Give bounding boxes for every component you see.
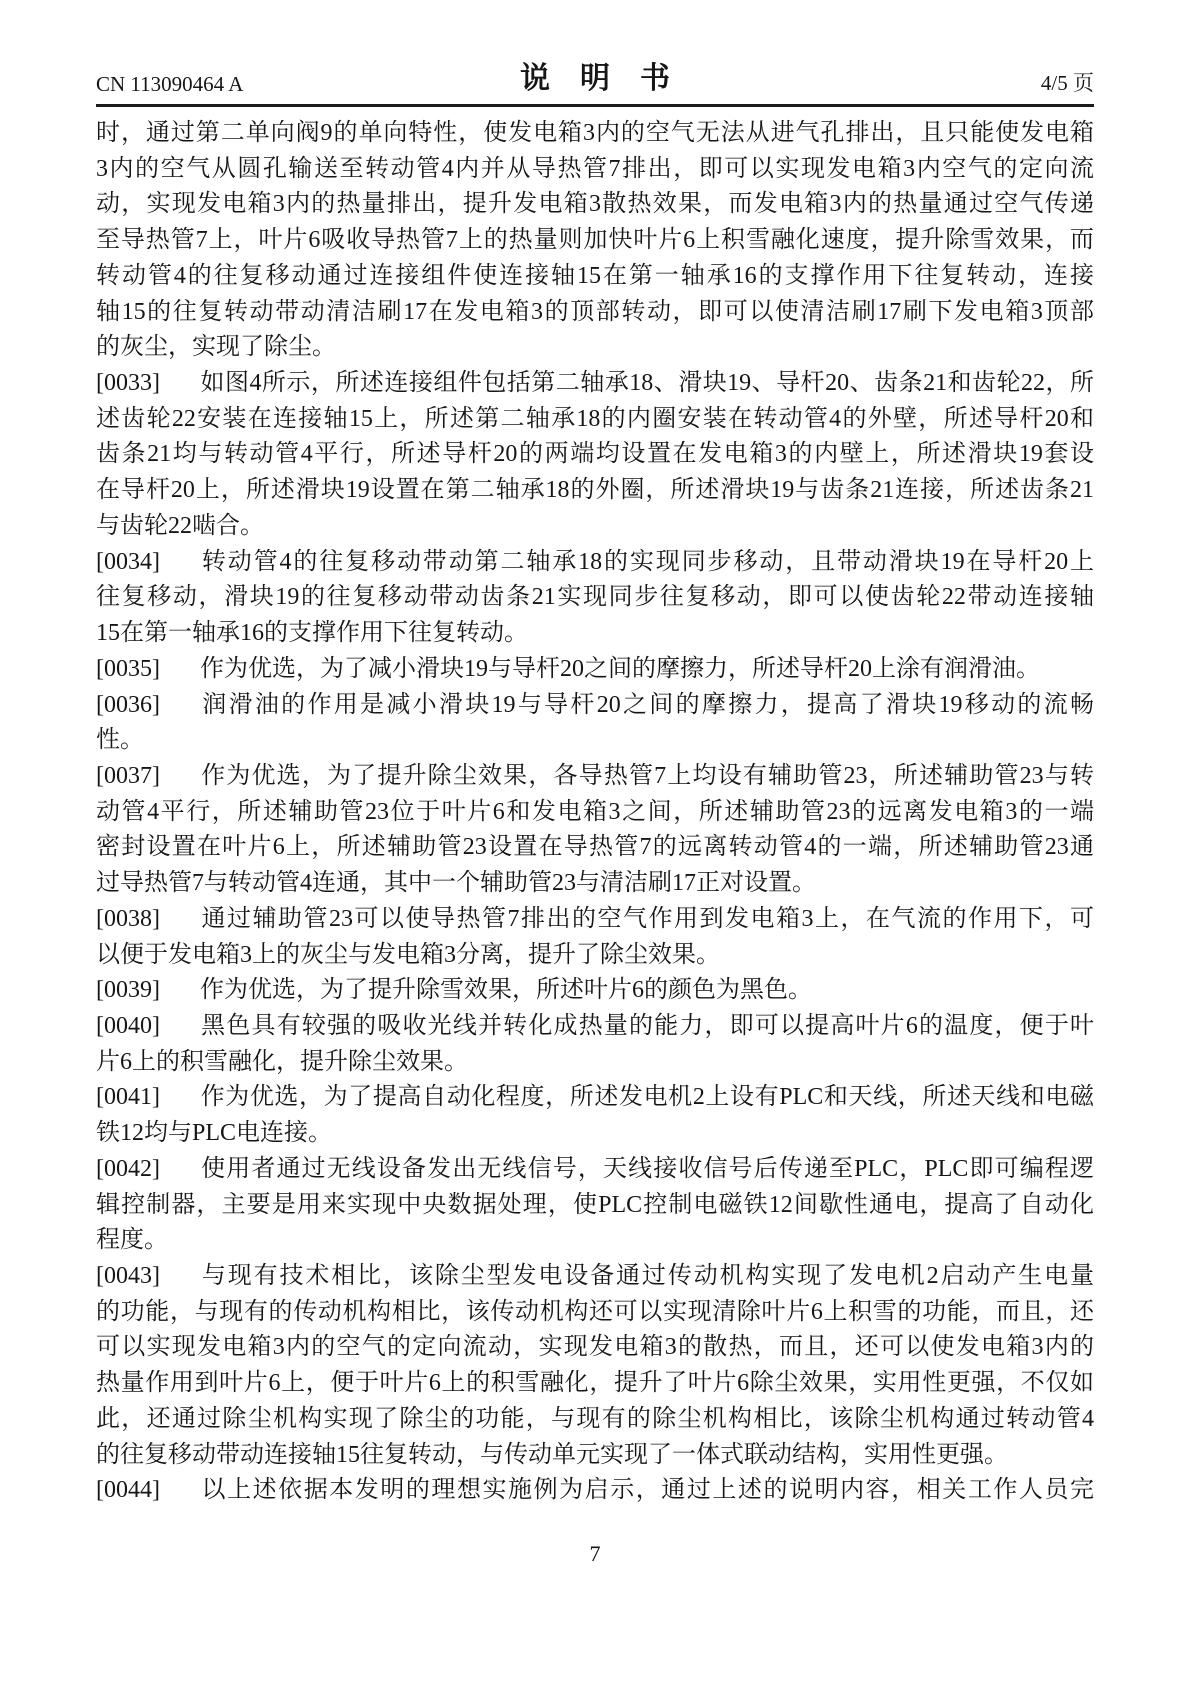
text-line: 的灰尘，实现了除尘。 — [96, 330, 1094, 366]
paragraph-number-tag: [0038] — [96, 906, 160, 932]
text-line: 辑控制器，主要是用来实现中央数据处理，使PLC控制电磁铁12间歇性通电，提高了自… — [96, 1188, 1094, 1224]
text-line: 动，实现发电箱3内的热量排出，提升发电箱3散热效果，而发电箱3内的热量通过空气传… — [96, 187, 1094, 223]
paragraph-text: 使用者通过无线设备发出无线信号，天线接收信号后传递至PLC，PLC即可编程逻 — [200, 1156, 1094, 1182]
text-line: [0038]通过辅助管23可以使导热管7排出的空气作用到发电箱3上，在气流的作用… — [96, 902, 1094, 938]
publication-number: CN 113090464 A — [96, 72, 490, 97]
paragraph-text: 作为优选，为了减小滑块19与导杆20之间的摩擦力，所述导杆20上涂有润滑油。 — [200, 656, 1040, 682]
paragraph-text: 作为优选，为了提升除尘效果，各导热管7上均设有辅助管23，所述辅助管23与转 — [200, 763, 1094, 789]
text-line: 与齿轮22啮合。 — [96, 509, 1094, 545]
paragraph-text: 如图4所示，所述连接组件包括第二轴承18、滑块19、导杆20、齿条21和齿轮22… — [200, 370, 1094, 396]
paragraph-number-tag: [0042] — [96, 1156, 160, 1182]
text-line: [0034]转动管4的往复移动带动第二轴承18的实现同步移动，且带动滑块19在导… — [96, 545, 1094, 581]
text-line: 往复移动，滑块19的往复移动带动齿条21实现同步往复移动，即可以使齿轮22带动连… — [96, 580, 1094, 616]
paragraph-number-tag: [0044] — [96, 1477, 160, 1503]
text-line: [0041]作为优选，为了提高自动化程度，所述发电机2上设有PLC和天线，所述天… — [96, 1080, 1094, 1116]
text-line: 齿条21均与转动管4平行，所述导杆20的两端均设置在发电箱3的内壁上，所述滑块1… — [96, 437, 1094, 473]
text-line: 时，通过第二单向阀9的单向特性，使发电箱3内的空气无法从进气孔排出，且只能使发电… — [96, 116, 1094, 152]
paragraph-text: 通过辅助管23可以使导热管7排出的空气作用到发电箱3上，在气流的作用下，可 — [200, 906, 1094, 932]
paragraph-text: 与现有技术相比，该除尘型发电设备通过传动机构实现了发电机2启动产生电量 — [200, 1263, 1094, 1289]
text-line: 述齿轮22安装在连接轴15上，所述第二轴承18的内圈安装在转动管4的外壁，所述导… — [96, 402, 1094, 438]
text-line: [0040]黑色具有较强的吸收光线并转化成热量的能力，即可以提高叶片6的温度，便… — [96, 1009, 1094, 1045]
paragraph-text: 作为优选，为了提高自动化程度，所述发电机2上设有PLC和天线，所述天线和电磁 — [200, 1084, 1094, 1110]
paragraph-text: 以上述依据本发明的理想实施例为启示，通过上述的说明内容，相关工作人员完 — [200, 1477, 1094, 1503]
text-line: 可以实现发电箱3内的空气的定向流动，实现发电箱3的散热，而且，还可以使发电箱3内… — [96, 1330, 1094, 1366]
text-line: 的往复移动带动连接轴15往复转动，与传动单元实现了一体式联动结构，实用性更强。 — [96, 1438, 1094, 1474]
text-line: 的功能，与现有的传动机构相比，该传动机构还可以实现清除叶片6上积雪的功能，而且，… — [96, 1295, 1094, 1331]
text-line: [0036]润滑油的作用是减小滑块19与导杆20之间的摩擦力，提高了滑块19移动… — [96, 688, 1094, 724]
paragraph-number-tag: [0037] — [96, 763, 160, 789]
text-line: 密封设置在叶片6上，所述辅助管23设置在导热管7的远离转动管4的一端，所述辅助管… — [96, 830, 1094, 866]
page-number: 7 — [590, 1541, 601, 1566]
text-line: [0042]使用者通过无线设备发出无线信号，天线接收信号后传递至PLC，PLC即… — [96, 1152, 1094, 1188]
paragraph-number-tag: [0040] — [96, 1013, 160, 1039]
text-line: 过导热管7与转动管4连通，其中一个辅助管23与清洁刷17正对设置。 — [96, 866, 1094, 902]
text-line: [0044]以上述依据本发明的理想实施例为启示，通过上述的说明内容，相关工作人员… — [96, 1473, 1094, 1509]
paragraph-text: 润滑油的作用是减小滑块19与导杆20之间的摩擦力，提高了滑块19移动的流畅 — [200, 692, 1094, 718]
text-line: [0039]作为优选，为了提升除雪效果，所述叶片6的颜色为黑色。 — [96, 973, 1094, 1009]
text-line: [0033]如图4所示，所述连接组件包括第二轴承18、滑块19、导杆20、齿条2… — [96, 366, 1094, 402]
text-line: 热量作用到叶片6上，便于叶片6上的积雪融化，提升了叶片6除尘效果，实用性更强，不… — [96, 1366, 1094, 1402]
paragraph-text: 转动管4的往复移动带动第二轴承18的实现同步移动，且带动滑块19在导杆20上 — [200, 549, 1094, 575]
text-line: 15在第一轴承16的支撑作用下往复转动。 — [96, 616, 1094, 652]
text-line: 以便于发电箱3上的灰尘与发电箱3分离，提升了除尘效果。 — [96, 938, 1094, 974]
text-line: [0037]作为优选，为了提升除尘效果，各导热管7上均设有辅助管23，所述辅助管… — [96, 759, 1094, 795]
paragraph-number-tag: [0035] — [96, 656, 160, 682]
text-line: 程度。 — [96, 1223, 1094, 1259]
document-title: 说明书 — [490, 53, 700, 97]
paragraph-text: 作为优选，为了提升除雪效果，所述叶片6的颜色为黑色。 — [200, 977, 812, 1003]
page-footer: 7 — [0, 1541, 1190, 1567]
paragraph-text: 黑色具有较强的吸收光线并转化成热量的能力，即可以提高叶片6的温度，便于叶 — [200, 1013, 1094, 1039]
text-line: 片6上的积雪融化，提升除尘效果。 — [96, 1045, 1094, 1081]
specification-body: 时，通过第二单向阀9的单向特性，使发电箱3内的空气无法从进气孔排出，且只能使发电… — [96, 116, 1094, 1509]
text-line: 在导杆20上，所述滑块19设置在第二轴承18的外圈，所述滑块19与齿条21连接，… — [96, 473, 1094, 509]
text-line: 轴15的往复转动带动清洁刷17在发电箱3的顶部转动，即可以使清洁刷17刷下发电箱… — [96, 295, 1094, 331]
paragraph-number-tag: [0039] — [96, 977, 160, 1003]
text-line: 性。 — [96, 723, 1094, 759]
text-line: [0035]作为优选，为了减小滑块19与导杆20之间的摩擦力，所述导杆20上涂有… — [96, 652, 1094, 688]
paragraph-number-tag: [0034] — [96, 549, 160, 575]
paragraph-number-tag: [0041] — [96, 1084, 160, 1110]
text-line: [0043]与现有技术相比，该除尘型发电设备通过传动机构实现了发电机2启动产生电… — [96, 1259, 1094, 1295]
page-header: CN 113090464 A 说明书 4/5 页 — [96, 0, 1094, 107]
paragraph-number-tag: [0036] — [96, 692, 160, 718]
patent-specification-page: CN 113090464 A 说明书 4/5 页 时，通过第二单向阀9的单向特性… — [0, 0, 1190, 1684]
text-line: 此，还通过除尘机构实现了除尘的功能，与现有的除尘机构相比，该除尘机构通过转动管4 — [96, 1402, 1094, 1438]
text-line: 转动管4的往复移动通过连接组件使连接轴15在第一轴承16的支撑作用下往复转动，连… — [96, 259, 1094, 295]
text-line: 动管4平行，所述辅助管23位于叶片6和发电箱3之间，所述辅助管23的远离发电箱3… — [96, 795, 1094, 831]
paragraph-number-tag: [0043] — [96, 1263, 160, 1289]
page-indicator: 4/5 页 — [700, 67, 1094, 97]
text-line: 铁12均与PLC电连接。 — [96, 1116, 1094, 1152]
paragraph-number-tag: [0033] — [96, 370, 160, 396]
text-line: 3内的空气从圆孔输送至转动管4内并从导热管7排出，即可以实现发电箱3内空气的定向… — [96, 152, 1094, 188]
text-line: 至导热管7上，叶片6吸收导热管7上的热量则加快叶片6上积雪融化速度，提升除雪效果… — [96, 223, 1094, 259]
